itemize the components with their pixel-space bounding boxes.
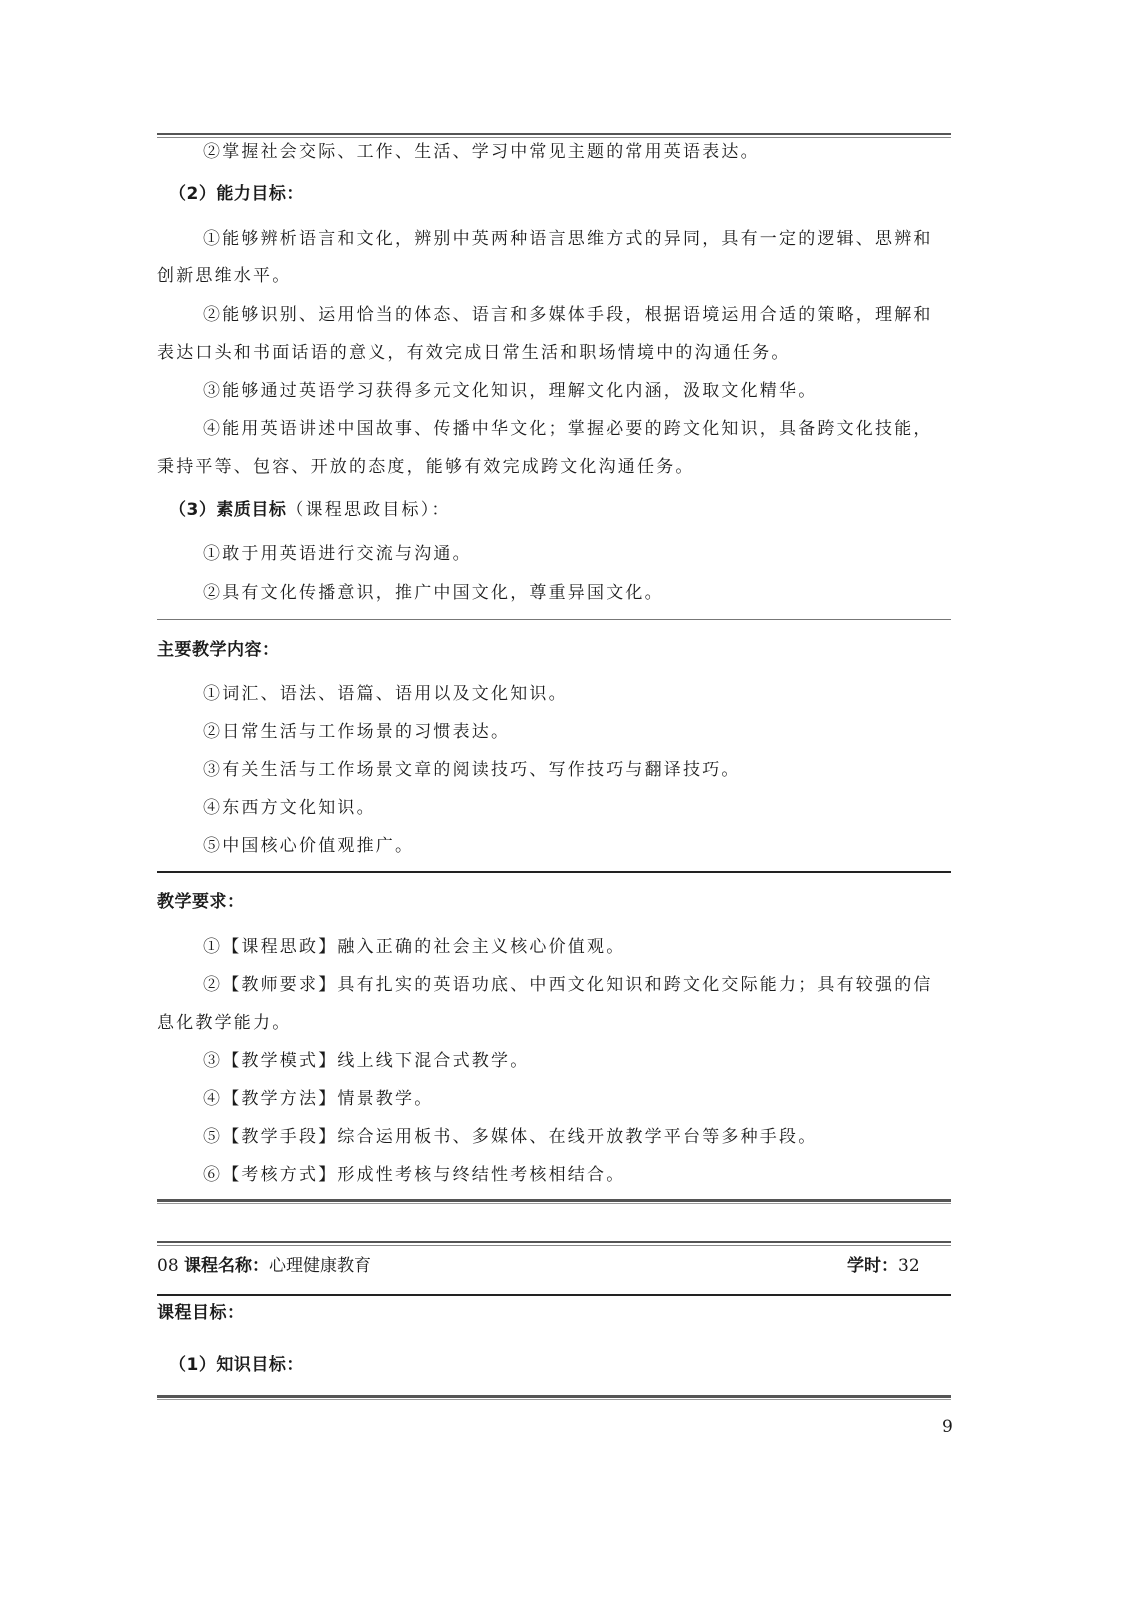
ability-heading: （2）能力目标： [169, 184, 963, 204]
content-heading: 主要教学内容： [157, 640, 951, 660]
requirement-item-3: ③【教学模式】线上线下混合式教学。 [203, 1051, 951, 1071]
ability-item-4: ④能用英语讲述中国故事、传播中华文化；掌握必要的跨文化知识，具备跨文化技能， [203, 419, 951, 439]
ability-item-3: ③能够通过英语学习获得多元文化知识，理解文化内涵，汲取文化精华。 [203, 381, 951, 401]
requirement-item-6: ⑥【考核方式】形成性考核与终结性考核相结合。 [203, 1165, 951, 1185]
course-name-value: 心理健康教育 [269, 1256, 371, 1276]
ability-item-4-cont: 秉持平等、包容、开放的态度，能够有效完成跨文化沟通任务。 [157, 457, 951, 477]
course-number: 08 [157, 1256, 179, 1276]
course-name-label: 课程名称： [184, 1256, 269, 1276]
table-border-bottom [157, 1395, 951, 1400]
knowledge-item-2: ②掌握社会交际、工作、生活、学习中常见主题的常用英语表达。 [203, 142, 951, 162]
content-item-3: ③有关生活与工作场景文章的阅读技巧、写作技巧与翻译技巧。 [203, 760, 951, 780]
ability-item-1: ①能够辨析语言和文化，辨别中英两种语言思维方式的异同，具有一定的逻辑、思辨和 [203, 229, 951, 249]
content-item-5: ⑤中国核心价值观推广。 [203, 836, 951, 856]
table-border-top [157, 1241, 951, 1246]
ability-item-2: ②能够识别、运用恰当的体态、语言和多媒体手段，根据语境运用合适的策略，理解和 [203, 305, 951, 325]
quality-item-1: ①敢于用英语进行交流与沟通。 [203, 544, 951, 564]
content-item-1: ①词汇、语法、语篇、语用以及文化知识。 [203, 684, 951, 704]
course-hours-label: 学时： [847, 1256, 898, 1276]
requirement-item-4: ④【教学方法】情景教学。 [203, 1089, 951, 1109]
knowledge-heading: （1）知识目标： [169, 1355, 963, 1375]
course-hours-value: 32 [898, 1256, 920, 1276]
quality-heading: （3）素质目标（课程思政目标）： [169, 500, 963, 520]
course-name: 08 课程名称：心理健康教育 [157, 1251, 371, 1276]
section-divider [157, 619, 951, 620]
quality-item-2: ②具有文化传播意识，推广中国文化，尊重异国文化。 [203, 583, 951, 603]
page-number: 9 [942, 1417, 953, 1437]
table-border-top [157, 133, 951, 138]
course-hours: 学时：32 [847, 1251, 920, 1276]
quality-heading-bold: （3）素质目标 [169, 500, 286, 520]
section-divider [157, 871, 951, 873]
requirement-item-1: ①【课程思政】融入正确的社会主义核心价值观。 [203, 937, 951, 957]
content-item-4: ④东西方文化知识。 [203, 798, 951, 818]
course-header-row: 08 课程名称：心理健康教育 学时：32 [157, 1251, 951, 1275]
requirement-item-2-cont: 息化教学能力。 [157, 1013, 951, 1033]
quality-heading-rest: （课程思政目标）： [286, 500, 450, 520]
table-border-bottom [157, 1199, 951, 1204]
requirement-item-2: ②【教师要求】具有扎实的英语功底、中西文化知识和跨文化交际能力；具有较强的信 [203, 975, 951, 995]
ability-item-2-cont: 表达口头和书面话语的意义，有效完成日常生活和职场情境中的沟通任务。 [157, 343, 951, 363]
content-item-2: ②日常生活与工作场景的习惯表达。 [203, 722, 951, 742]
section-divider [157, 1294, 951, 1296]
objectives-heading: 课程目标： [157, 1303, 951, 1323]
requirement-item-5: ⑤【教学手段】综合运用板书、多媒体、在线开放教学平台等多种手段。 [203, 1127, 951, 1147]
requirements-heading: 教学要求： [157, 892, 951, 912]
ability-item-1-cont: 创新思维水平。 [157, 266, 951, 286]
